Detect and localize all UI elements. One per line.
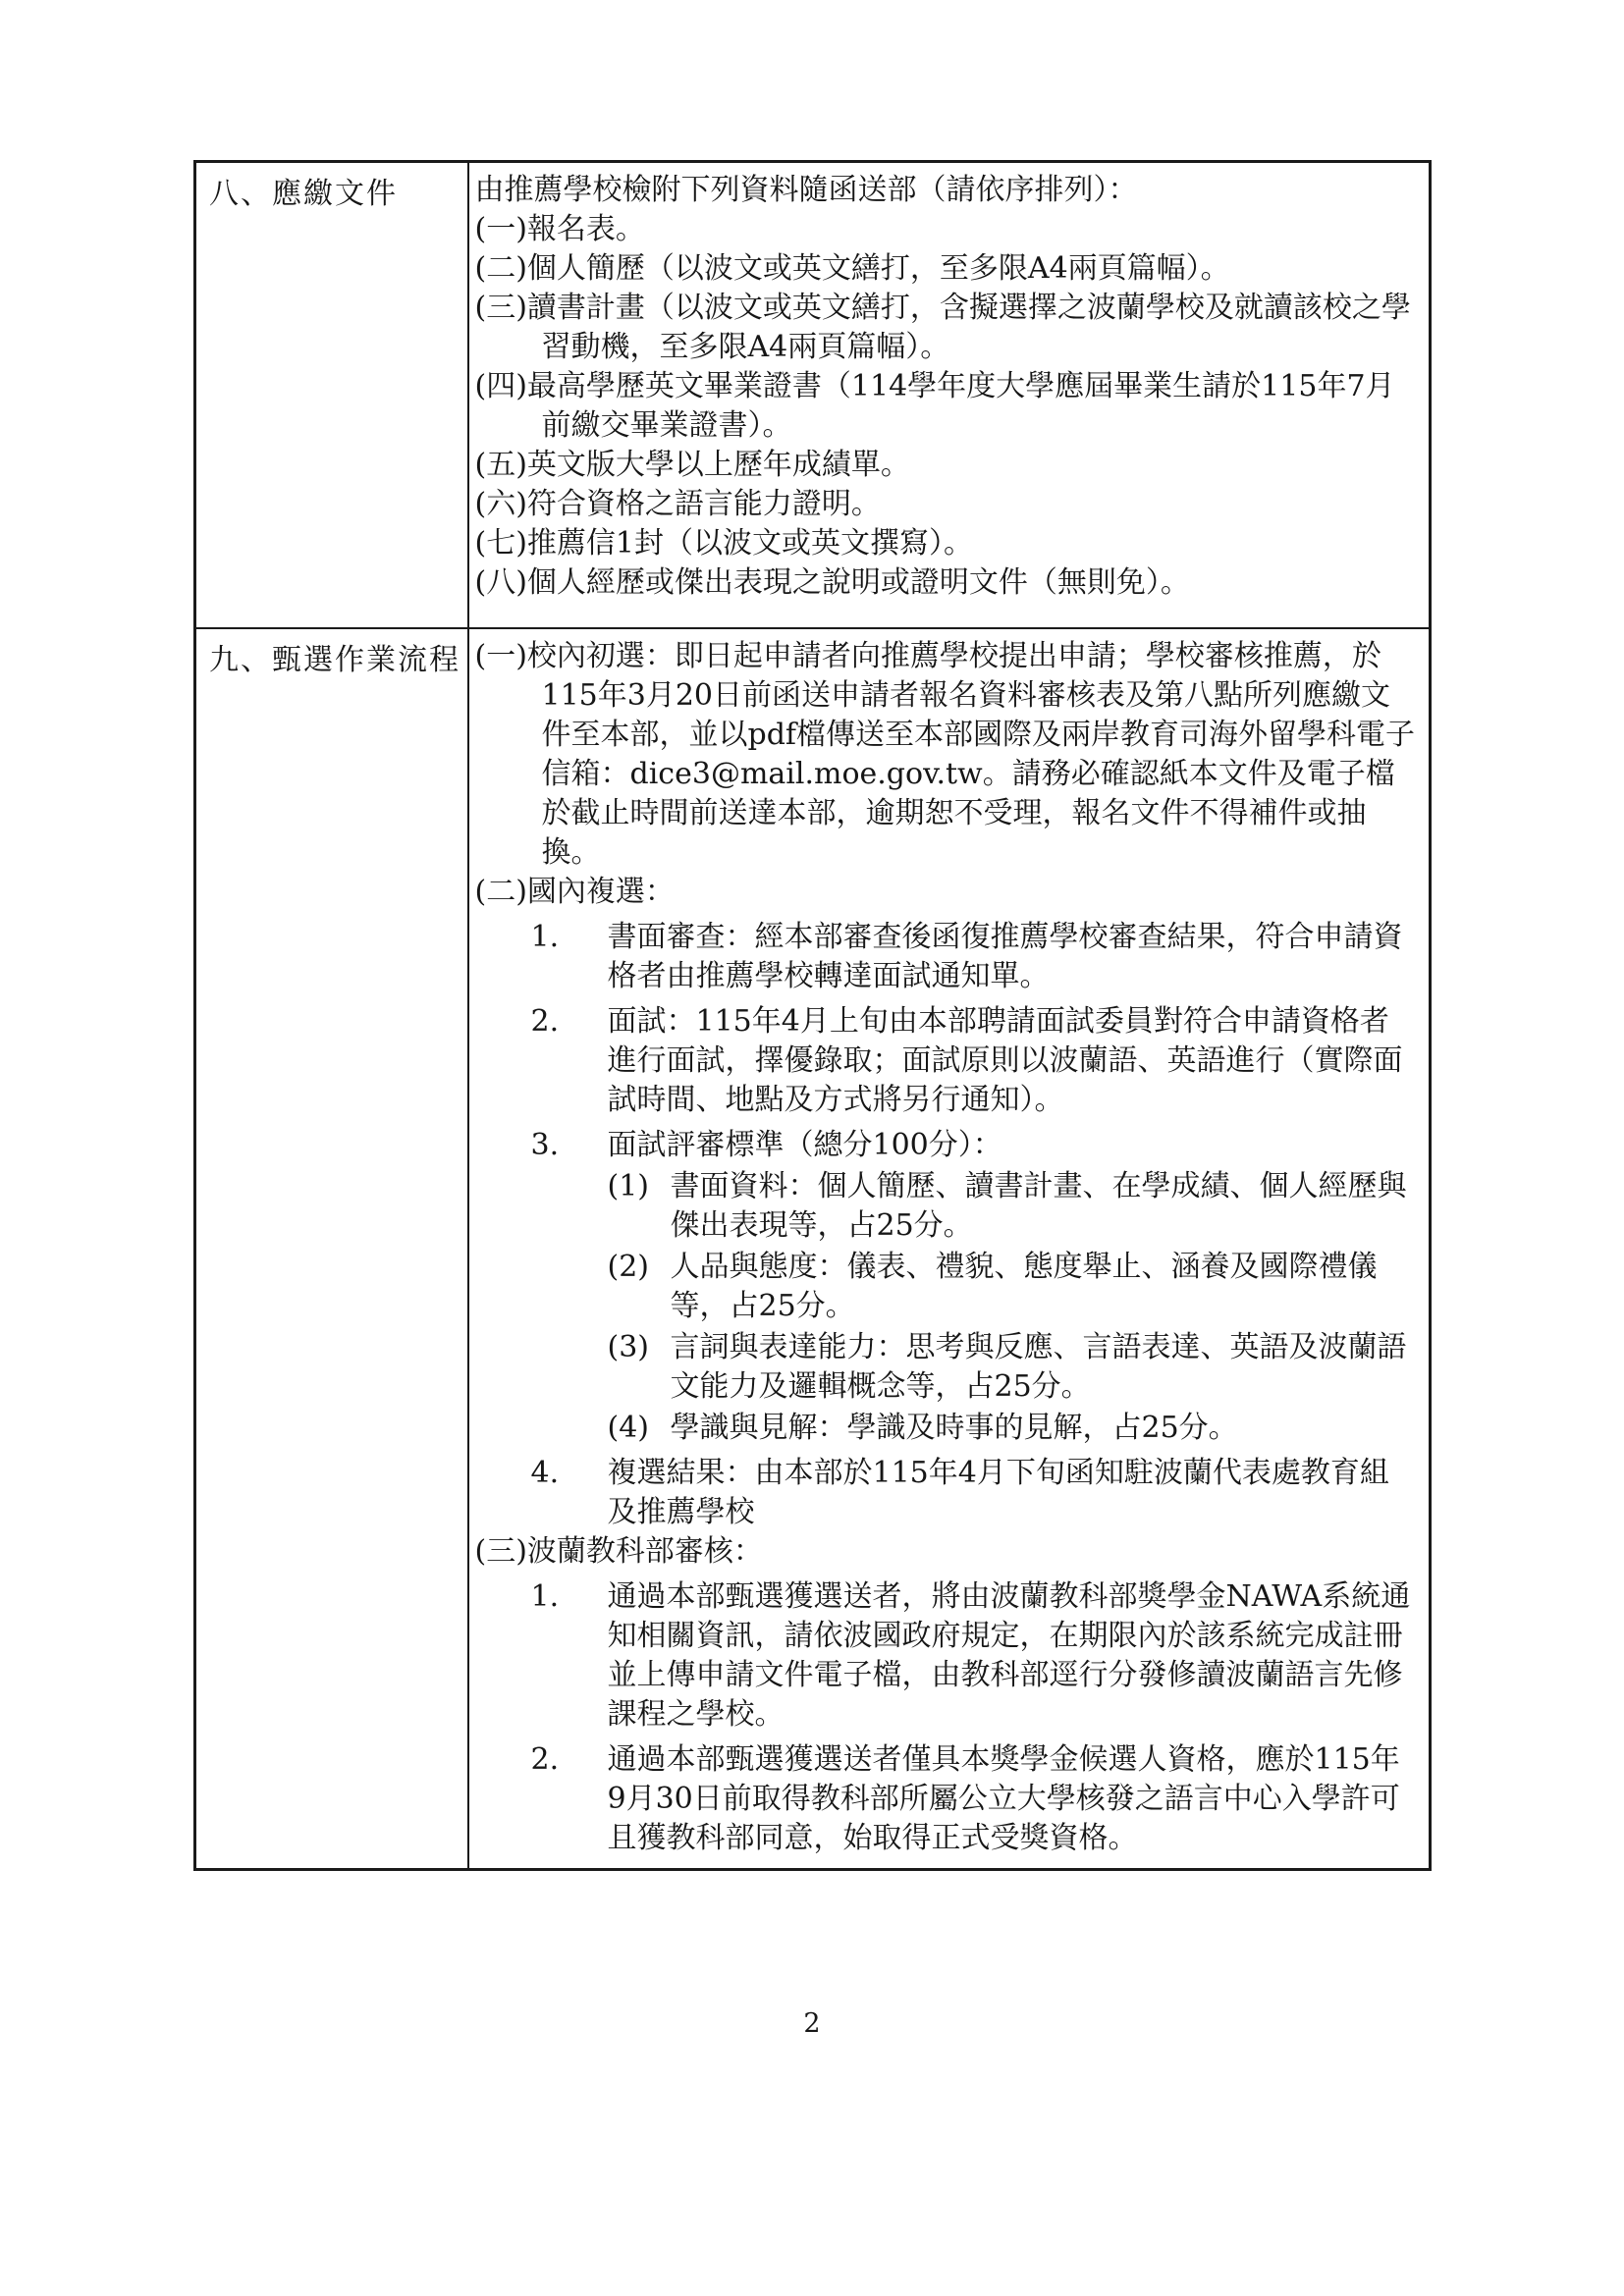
row-content-cell: (一)校內初選：即日起申請者向推薦學校提出申請；學校審核推薦，於115年3月20… xyxy=(468,628,1431,1870)
section-campus-preliminary: (一)校內初選：即日起申請者向推薦學校提出申請；學校審核推薦，於115年3月20… xyxy=(475,637,1418,873)
table-row-selection-process: 九、甄選作業流程 (一)校內初選：即日起申請者向推薦學校提出申請；學校審核推薦，… xyxy=(195,628,1431,1870)
section-paragraph: (一)校內初選：即日起申請者向推薦學校提出申請；學校審核推薦，於115年3月20… xyxy=(475,637,1418,873)
sub-item-written-materials: (1)書面資料：個人簡歷、讀書計畫、在學成績、個人經歷與傑出表現等，占25分。 xyxy=(475,1167,1418,1246)
item-marker: (一) xyxy=(475,212,527,246)
item-number: 2. xyxy=(531,1002,560,1041)
section-poland-ministry-review: (三)波蘭教科部審核： 1.通過本部甄選獲選送者，將由波蘭教科部獎學金NAWA系… xyxy=(475,1532,1418,1858)
document-page: 八、應繳文件 由推薦學校檢附下列資料隨函送部（請依序排列）： (一)報名表。 (… xyxy=(0,0,1624,2296)
section-paragraph: (三)波蘭教科部審核： xyxy=(475,1532,1418,1572)
item-marker: (四) xyxy=(475,369,527,403)
doc-item: (八)個人經歷或傑出表現之說明或證明文件（無則免）。 xyxy=(475,563,1418,603)
item-number: 3. xyxy=(531,1126,560,1165)
numbered-item-document-review: 1.書面審查：經本部審查後函復推薦學校審查結果，符合申請資格者由推薦學校轉達面試… xyxy=(475,918,1418,996)
numbered-item-interview-criteria: 3.面試評審標準（總分100分）： xyxy=(475,1126,1418,1165)
sub-item-text: 人品與態度：儀表、禮貌、態度舉止、涵養及國際禮儀等，占25分。 xyxy=(671,1250,1378,1323)
item-marker: (二) xyxy=(475,251,527,286)
sub-item-number: (4) xyxy=(608,1409,650,1448)
row-content-cell: 由推薦學校檢附下列資料隨函送部（請依序排列）： (一)報名表。 (二)個人簡歷（… xyxy=(468,162,1431,628)
doc-item: (四)最高學歷英文畢業證書（114學年度大學應屆畢業生請於115年7月前繳交畢業… xyxy=(475,367,1418,446)
section-marker: (二) xyxy=(475,875,527,909)
item-text: 英文版大學以上歷年成績單。 xyxy=(527,448,910,482)
item-text: 個人經歷或傑出表現之說明或證明文件（無則免）。 xyxy=(527,565,1190,600)
sub-item-number: (1) xyxy=(608,1167,650,1206)
numbered-item-nawa-system: 1.通過本部甄選獲選送者，將由波蘭教科部獎學金NAWA系統通知相關資訊，請依波國… xyxy=(475,1577,1418,1735)
sub-item-knowledge-insight: (4)學識與見解：學識及時事的見解，占25分。 xyxy=(475,1409,1418,1448)
sub-item-text: 學識與見解：學識及時事的見解，占25分。 xyxy=(671,1411,1238,1445)
item-text: 面試：115年4月上旬由本部聘請面試委員對符合申請資格者進行面試，擇優錄取；面試… xyxy=(608,1004,1403,1117)
item-text: 通過本部甄選獲選送者僅具本獎學金候選人資格，應於115年9月30日前取得教科部所… xyxy=(608,1742,1400,1855)
section-text: 波蘭教科部審核： xyxy=(527,1534,763,1569)
item-text: 推薦信1封（以波文或英文撰寫）。 xyxy=(527,526,973,561)
row-header-cell: 九、甄選作業流程 xyxy=(195,628,468,1870)
item-text: 通過本部甄選獲選送者，將由波蘭教科部獎學金NAWA系統通知相關資訊，請依波國政府… xyxy=(608,1579,1411,1732)
section-paragraph: (二)國內複選： xyxy=(475,873,1418,912)
doc-item: (七)推薦信1封（以波文或英文撰寫）。 xyxy=(475,524,1418,563)
item-marker: (三) xyxy=(475,291,527,325)
regulation-table: 八、應繳文件 由推薦學校檢附下列資料隨函送部（請依序排列）： (一)報名表。 (… xyxy=(193,160,1432,1871)
sub-item-character-attitude: (2)人品與態度：儀表、禮貌、態度舉止、涵養及國際禮儀等，占25分。 xyxy=(475,1248,1418,1326)
item-number: 1. xyxy=(531,918,560,957)
doc-item: (六)符合資格之語言能力證明。 xyxy=(475,485,1418,524)
section-text: 校內初選：即日起申請者向推薦學校提出申請；學校審核推薦，於115年3月20日前函… xyxy=(527,639,1415,870)
doc-item: (一)報名表。 xyxy=(475,210,1418,249)
item-text: 面試評審標準（總分100分）： xyxy=(608,1128,1002,1162)
item-number: 4. xyxy=(531,1454,560,1493)
sub-item-number: (3) xyxy=(608,1328,650,1367)
item-text: 複選結果：由本部於115年4月下旬函知駐波蘭代表處教育組及推薦學校 xyxy=(608,1456,1389,1529)
section-marker: (三) xyxy=(475,1534,527,1569)
section-text: 國內複選： xyxy=(527,875,675,909)
item-number: 2. xyxy=(531,1740,560,1780)
row-header-cell: 八、應繳文件 xyxy=(195,162,468,628)
item-text: 讀書計畫（以波文或英文繕打，含擬選擇之波蘭學校及就讀該校之學習動機，至多限A4兩… xyxy=(527,291,1411,364)
item-text: 最高學歷英文畢業證書（114學年度大學應屆畢業生請於115年7月前繳交畢業證書）… xyxy=(527,369,1395,443)
numbered-item-interview: 2.面試：115年4月上旬由本部聘請面試委員對符合申請資格者進行面試，擇優錄取；… xyxy=(475,1002,1418,1120)
doc-item: (五)英文版大學以上歷年成績單。 xyxy=(475,446,1418,485)
item-marker: (五) xyxy=(475,448,527,482)
item-marker: (七) xyxy=(475,526,527,561)
sub-item-number: (2) xyxy=(608,1248,650,1287)
doc-item: (二)個人簡歷（以波文或英文繕打，至多限A4兩頁篇幅）。 xyxy=(475,249,1418,289)
sub-item-expression-ability: (3)言詞與表達能力：思考與反應、言語表達、英語及波蘭語文能力及邏輯概念等，占2… xyxy=(475,1328,1418,1407)
row-header-selection-process: 九、甄選作業流程 xyxy=(209,643,460,677)
page-number: 2 xyxy=(0,2008,1624,2039)
section-domestic-final-selection: (二)國內複選： 1.書面審查：經本部審查後函復推薦學校審查結果，符合申請資格者… xyxy=(475,873,1418,1532)
sub-item-text: 書面資料：個人簡歷、讀書計畫、在學成績、個人經歷與傑出表現等，占25分。 xyxy=(671,1169,1407,1243)
item-number: 1. xyxy=(531,1577,560,1617)
table-row-required-documents: 八、應繳文件 由推薦學校檢附下列資料隨函送部（請依序排列）： (一)報名表。 (… xyxy=(195,162,1431,628)
item-marker: (六) xyxy=(475,487,527,521)
item-text: 書面審查：經本部審查後函復推薦學校審查結果，符合申請資格者由推薦學校轉達面試通知… xyxy=(608,920,1403,993)
item-marker: (八) xyxy=(475,565,527,600)
numbered-item-candidate-qualification: 2.通過本部甄選獲選送者僅具本獎學金候選人資格，應於115年9月30日前取得教科… xyxy=(475,1740,1418,1858)
numbered-item-final-result: 4.複選結果：由本部於115年4月下旬函知駐波蘭代表處教育組及推薦學校 xyxy=(475,1454,1418,1532)
item-text: 個人簡歷（以波文或英文繕打，至多限A4兩頁篇幅）。 xyxy=(527,251,1230,286)
item-text: 符合資格之語言能力證明。 xyxy=(527,487,881,521)
item-text: 報名表。 xyxy=(527,212,645,246)
doc-item: (三)讀書計畫（以波文或英文繕打，含擬選擇之波蘭學校及就讀該校之學習動機，至多限… xyxy=(475,289,1418,367)
section-marker: (一) xyxy=(475,639,527,673)
sub-item-text: 言詞與表達能力：思考與反應、言語表達、英語及波蘭語文能力及邏輯概念等，占25分。 xyxy=(671,1330,1407,1404)
documents-intro-line: 由推薦學校檢附下列資料隨函送部（請依序排列）： xyxy=(475,171,1418,210)
row-header-required-documents: 八、應繳文件 xyxy=(209,177,398,211)
